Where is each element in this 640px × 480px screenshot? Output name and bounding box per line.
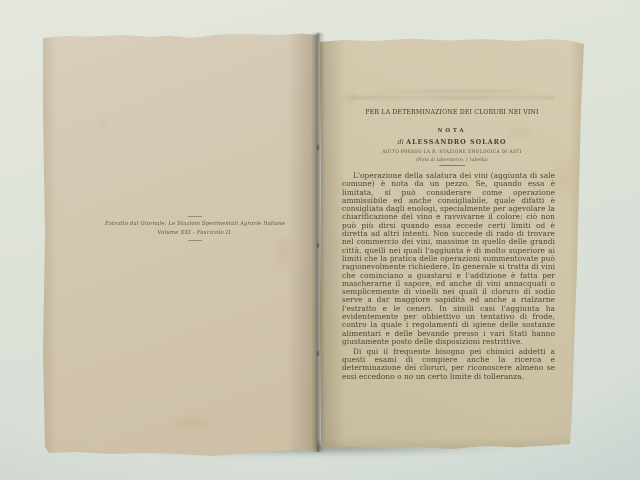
author-prefix: di bbox=[398, 138, 405, 146]
binding-fold bbox=[311, 33, 325, 452]
body-text: L'operazione della salatura dei vini (ag… bbox=[342, 172, 555, 381]
binding-stitch bbox=[317, 145, 319, 150]
ink-showthrough bbox=[352, 90, 554, 100]
author-line: di ALESSANDRO SOLARO bbox=[320, 138, 584, 146]
author-affiliation: AIUTO PRESSO LA R. STAZIONE ENOLOGICA DI… bbox=[320, 150, 584, 155]
binding-stitch bbox=[317, 351, 319, 356]
imprint-journal-title: Estratto dal Giornale: Le Stazioni Speri… bbox=[73, 221, 317, 227]
photo-of-open-booklet: Estratto dal Giornale: Le Stazioni Speri… bbox=[0, 0, 640, 480]
imprint-rule-bottom bbox=[188, 240, 202, 241]
article-title: PER LA DETERMINAZIONE DEI CLORURI NEI VI… bbox=[320, 109, 584, 116]
nota-label: NOTA bbox=[320, 128, 584, 134]
imprint-volume-fascicle: Volume XXI - Fascicolo II. bbox=[73, 230, 317, 236]
body-paragraph-2: Di qui il frequente bisogno pei chimici … bbox=[342, 348, 555, 381]
binding-stitch bbox=[317, 243, 319, 248]
heading-separator-rule bbox=[439, 165, 465, 166]
left-page: Estratto dal Giornale: Le Stazioni Speri… bbox=[43, 33, 317, 456]
right-page: PER LA DETERMINAZIONE DEI CLORURI NEI VI… bbox=[320, 38, 584, 449]
imprint-rule-top bbox=[188, 216, 202, 217]
left-page-surface: Estratto dal Giornale: Le Stazioni Speri… bbox=[43, 33, 317, 456]
body-paragraph-1: L'operazione della salatura dei vini (ag… bbox=[342, 172, 555, 346]
author-name: ALESSANDRO SOLARO bbox=[406, 138, 506, 146]
journal-imprint: Estratto dal Giornale: Le Stazioni Speri… bbox=[73, 216, 317, 241]
affiliation-note: (Nota di laboratorio; 1 tabella) bbox=[320, 157, 584, 162]
right-page-surface: PER LA DETERMINAZIONE DEI CLORURI NEI VI… bbox=[320, 38, 584, 449]
